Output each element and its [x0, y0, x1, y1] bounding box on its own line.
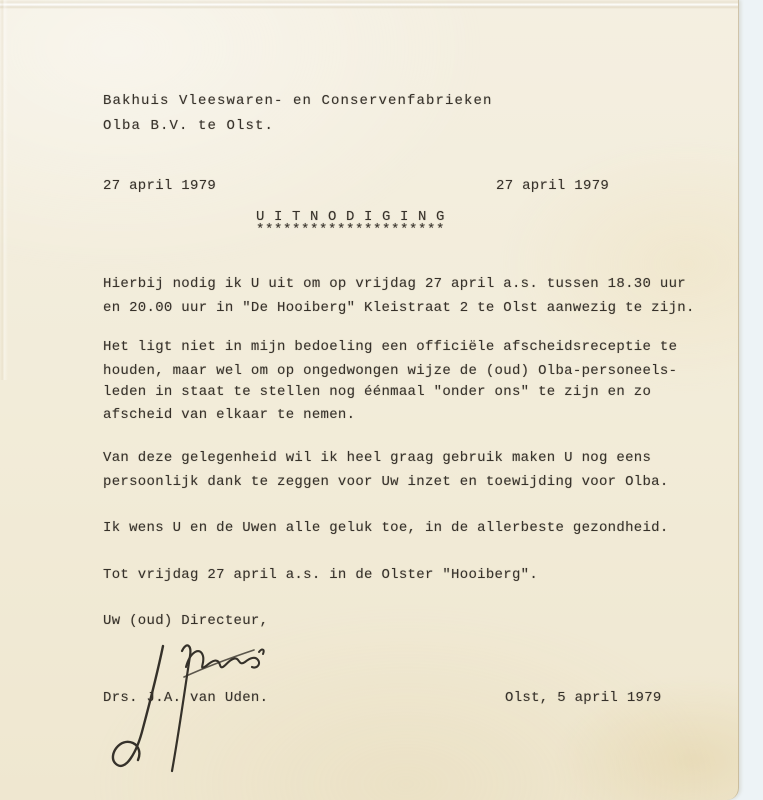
handwritten-signature	[100, 636, 272, 798]
scanned-letter-page: Bakhuis Vleeswaren- en Conservenfabrieke…	[0, 0, 763, 800]
fold-crease-horizontal	[0, 0, 738, 9]
body-line: Ik wens U en de Uwen alle geluk toe, in …	[103, 520, 669, 537]
body-line: Van deze gelegenheid wil ik heel graag g…	[103, 450, 651, 467]
letter-date-left: 27 april 1979	[103, 178, 216, 195]
body-line: Hierbij nodig ik U uit om op vrijdag 27 …	[103, 276, 686, 293]
body-line: persoonlijk dank te zeggen voor Uw inzet…	[103, 474, 669, 491]
body-line: houden, maar wel om op ongedwongen wijze…	[103, 363, 677, 380]
fold-crease-vertical	[0, 0, 8, 380]
company-name-line2: Olba B.V. te Olst.	[103, 118, 274, 135]
letter-date-right: 27 april 1979	[496, 178, 609, 195]
place-date-line: Olst, 5 april 1979	[505, 690, 662, 707]
body-line: en 20.00 uur in "De Hooiberg" Kleistraat…	[103, 300, 695, 317]
paper-sheet: Bakhuis Vleeswaren- en Conservenfabrieke…	[0, 0, 739, 800]
title-underline: *********************	[256, 222, 445, 239]
closing-salutation: Uw (oud) Directeur,	[103, 613, 268, 630]
body-line: Het ligt niet in mijn bedoeling een offi…	[103, 339, 677, 356]
body-line: Tot vrijdag 27 april a.s. in de Olster "…	[103, 567, 538, 584]
body-line: leden in staat te stellen nog éénmaal "o…	[103, 384, 651, 401]
company-name-line1: Bakhuis Vleeswaren- en Conservenfabrieke…	[103, 93, 493, 110]
body-line: afscheid van elkaar te nemen.	[103, 407, 355, 424]
signatory-name: Drs. J.A. van Uden.	[103, 690, 268, 707]
